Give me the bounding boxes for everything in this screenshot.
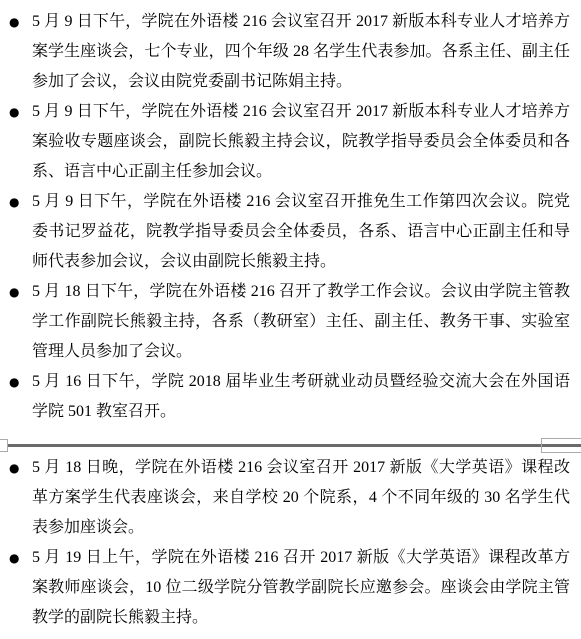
event-text: 5 月 9 日下午，学院在外语楼 216 会议室召开推免生工作第四次会议。院党委… xyxy=(32,193,570,270)
event-text: 5 月 16 日下午，学院 2018 届毕业生考研就业动员暨经验交流大会在外国语… xyxy=(32,373,570,420)
event-paragraph[interactable]: ● 5 月 9 日下午，学院在外语楼 216 会议室召开 2017 新版本科专业… xyxy=(0,7,581,97)
bullet-icon: ● xyxy=(9,453,29,483)
bullet-icon: ● xyxy=(9,187,29,217)
event-text: 5 月 19 日上午，学院在外语楼 216 召开 2017 新版《大学英语》课程… xyxy=(32,549,570,626)
event-paragraph[interactable]: ● 5 月 16 日下午，学院 2018 届毕业生考研就业动员暨经验交流大会在外… xyxy=(0,367,581,427)
bullet-icon: ● xyxy=(9,97,29,127)
page-break-right-handle xyxy=(541,438,581,453)
page-break-divider xyxy=(0,427,581,453)
document-page: ● 5 月 9 日下午，学院在外语楼 216 会议室召开 2017 新版本科专业… xyxy=(0,0,581,639)
event-paragraph[interactable]: ● 5 月 9 日下午，学院在外语楼 216 会议室召开 2017 新版本科专业… xyxy=(0,97,581,187)
event-text: 5 月 18 日晚，学院在外语楼 216 会议室召开 2017 新版《大学英语》… xyxy=(32,459,570,536)
event-paragraph[interactable]: ● 5 月 19 日上午，学院在外语楼 216 召开 2017 新版《大学英语》… xyxy=(0,543,581,633)
event-paragraph[interactable]: ● 5 月 18 日下午，学院在外语楼 216 召开了教学工作会议。会议由学院主… xyxy=(0,277,581,367)
event-paragraph[interactable]: ● 5 月 18 日晚，学院在外语楼 216 会议室召开 2017 新版《大学英… xyxy=(0,453,581,543)
bullet-icon: ● xyxy=(9,277,29,307)
page-break-line xyxy=(8,444,581,447)
bullet-icon: ● xyxy=(9,7,29,37)
event-paragraph[interactable]: ● 5 月 9 日下午，学院在外语楼 216 会议室召开推免生工作第四次会议。院… xyxy=(0,187,581,277)
event-text: 5 月 18 日下午，学院在外语楼 216 召开了教学工作会议。会议由学院主管教… xyxy=(32,283,570,360)
event-text: 5 月 9 日下午，学院在外语楼 216 会议室召开 2017 新版本科专业人才… xyxy=(32,103,570,180)
bullet-icon: ● xyxy=(9,367,29,397)
page-break-left-handle xyxy=(0,439,8,452)
event-text: 5 月 9 日下午，学院在外语楼 216 会议室召开 2017 新版本科专业人才… xyxy=(32,13,570,90)
bullet-icon: ● xyxy=(9,543,29,573)
